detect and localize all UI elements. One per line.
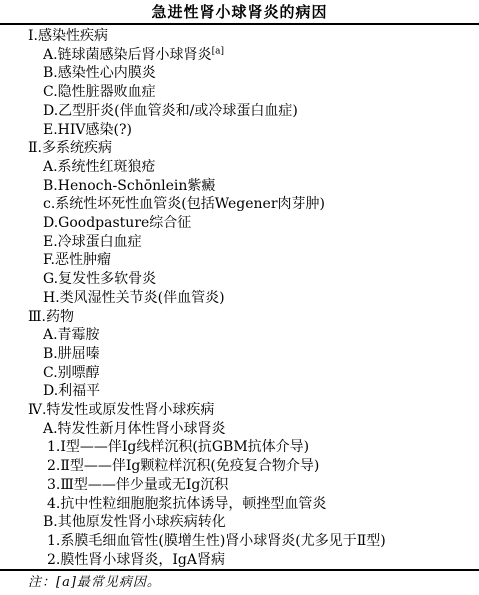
list-item: F.恶性肿瘤	[0, 251, 479, 270]
list-item-text: A.特发性新月体性肾小球肾炎	[43, 421, 226, 437]
list-item: D.利福平	[0, 382, 479, 401]
list-item: A.链球菌感染后肾小球肾炎[a]	[0, 46, 479, 65]
list-item-text: 2.膜性肾小球肾炎，IgA肾病	[47, 552, 225, 568]
list-item: B.肼屈嗪	[0, 345, 479, 364]
list-item: B.其他原发性肾小球疾病转化	[0, 513, 479, 532]
list-item-text: Ⅱ.多系统疾病	[28, 140, 112, 156]
list-item: A.系统性红斑狼疮	[0, 158, 479, 177]
list-item: Ⅱ.多系统疾病	[0, 139, 479, 158]
list-item-text: H.类风湿性关节炎(伴血管炎)	[43, 290, 225, 306]
list-item: Ⅰ.感染性疾病	[0, 27, 479, 46]
list-item: 3.Ⅲ型——伴少量或无Ig沉积	[0, 476, 479, 495]
list-item: D.Goodpasture综合征	[0, 214, 479, 233]
list-item-text: E.HIV感染(?)	[43, 122, 132, 138]
list-item: H.类风湿性关节炎(伴血管炎)	[0, 289, 479, 308]
footnote-marker: [a]	[212, 46, 224, 56]
list-item-text: B.其他原发性肾小球疾病转化	[43, 514, 226, 530]
list-item: 2.Ⅱ型——伴Ig颗粒样沉积(免疫复合物介导)	[0, 457, 479, 476]
footnote: 注：[a]最常见病因。	[0, 571, 479, 591]
list-item-text: D.乙型肝炎(伴血管炎和/或冷球蛋白血症)	[43, 103, 298, 119]
list-item: B.感染性心内膜炎	[0, 64, 479, 83]
list-item-text: D.利福平	[43, 383, 100, 399]
list-item-text: 2.Ⅱ型——伴Ig颗粒样沉积(免疫复合物介导)	[47, 458, 319, 474]
cause-list: Ⅰ.感染性疾病A.链球菌感染后肾小球肾炎[a]B.感染性心内膜炎C.隐性脏器败血…	[0, 25, 479, 569]
list-item-text: A.链球菌感染后肾小球肾炎	[43, 47, 212, 63]
list-item-text: B.感染性心内膜炎	[43, 65, 156, 81]
list-item: A.特发性新月体性肾小球肾炎	[0, 420, 479, 439]
list-item-text: B.Henoch-Schōnlein紫癜	[43, 178, 215, 194]
list-item: B.Henoch-Schōnlein紫癜	[0, 177, 479, 196]
list-item-text: Ⅰ.感染性疾病	[28, 28, 108, 44]
list-item: Ⅲ.药物	[0, 308, 479, 327]
list-item-text: B.肼屈嗪	[43, 346, 100, 362]
list-item: 1.系膜毛细血管性(膜增生性)肾小球肾炎(尤多见于Ⅱ型)	[0, 532, 479, 551]
list-item-text: A.青霉胺	[43, 327, 100, 343]
list-item-text: Ⅲ.药物	[28, 309, 74, 325]
list-item: E.HIV感染(?)	[0, 121, 479, 140]
list-item-text: F.恶性肿瘤	[43, 252, 111, 268]
list-item: G.复发性多软骨炎	[0, 270, 479, 289]
list-item-text: E.冷球蛋白血症	[43, 234, 142, 250]
list-item: C.别嘌醇	[0, 364, 479, 383]
list-item-text: A.系统性红斑狼疮	[43, 159, 156, 175]
list-item-text: Ⅳ.特发性或原发性肾小球疾病	[28, 402, 214, 418]
footnote-text: 注：[a]最常见病因。	[28, 575, 161, 590]
list-item-text: D.Goodpasture综合征	[43, 215, 191, 231]
list-item: 2.膜性肾小球肾炎，IgA肾病	[0, 551, 479, 570]
list-item-text: c.系统性坏死性血管炎(包括Wegener肉芽肿)	[43, 196, 325, 212]
list-item-text: C.别嘌醇	[43, 365, 100, 381]
list-item: C.隐性脏器败血症	[0, 83, 479, 102]
list-item-text: G.复发性多软骨炎	[43, 271, 156, 287]
table-sheet: 急进性肾小球肾炎的病因 Ⅰ.感染性疾病A.链球菌感染后肾小球肾炎[a]B.感染性…	[0, 0, 479, 595]
page-title: 急进性肾小球肾炎的病因	[0, 0, 479, 22]
list-item-text: 4.抗中性粒细胞胞浆抗体诱导，顿挫型血管炎	[47, 496, 326, 512]
list-item-text: 1.系膜毛细血管性(膜增生性)肾小球肾炎(尤多见于Ⅱ型)	[47, 533, 386, 549]
list-item: Ⅳ.特发性或原发性肾小球疾病	[0, 401, 479, 420]
list-item-text: C.隐性脏器败血症	[43, 84, 156, 100]
list-item-text: 3.Ⅲ型——伴少量或无Ig沉积	[47, 477, 228, 493]
list-item: c.系统性坏死性血管炎(包括Wegener肉芽肿)	[0, 195, 479, 214]
list-item: 1.Ⅰ型——伴Ig线样沉积(抗GBM抗体介导)	[0, 438, 479, 457]
list-item: 4.抗中性粒细胞胞浆抗体诱导，顿挫型血管炎	[0, 495, 479, 514]
list-item-text: 1.Ⅰ型——伴Ig线样沉积(抗GBM抗体介导)	[47, 439, 309, 455]
list-item: A.青霉胺	[0, 326, 479, 345]
list-item: D.乙型肝炎(伴血管炎和/或冷球蛋白血症)	[0, 102, 479, 121]
list-item: E.冷球蛋白血症	[0, 233, 479, 252]
